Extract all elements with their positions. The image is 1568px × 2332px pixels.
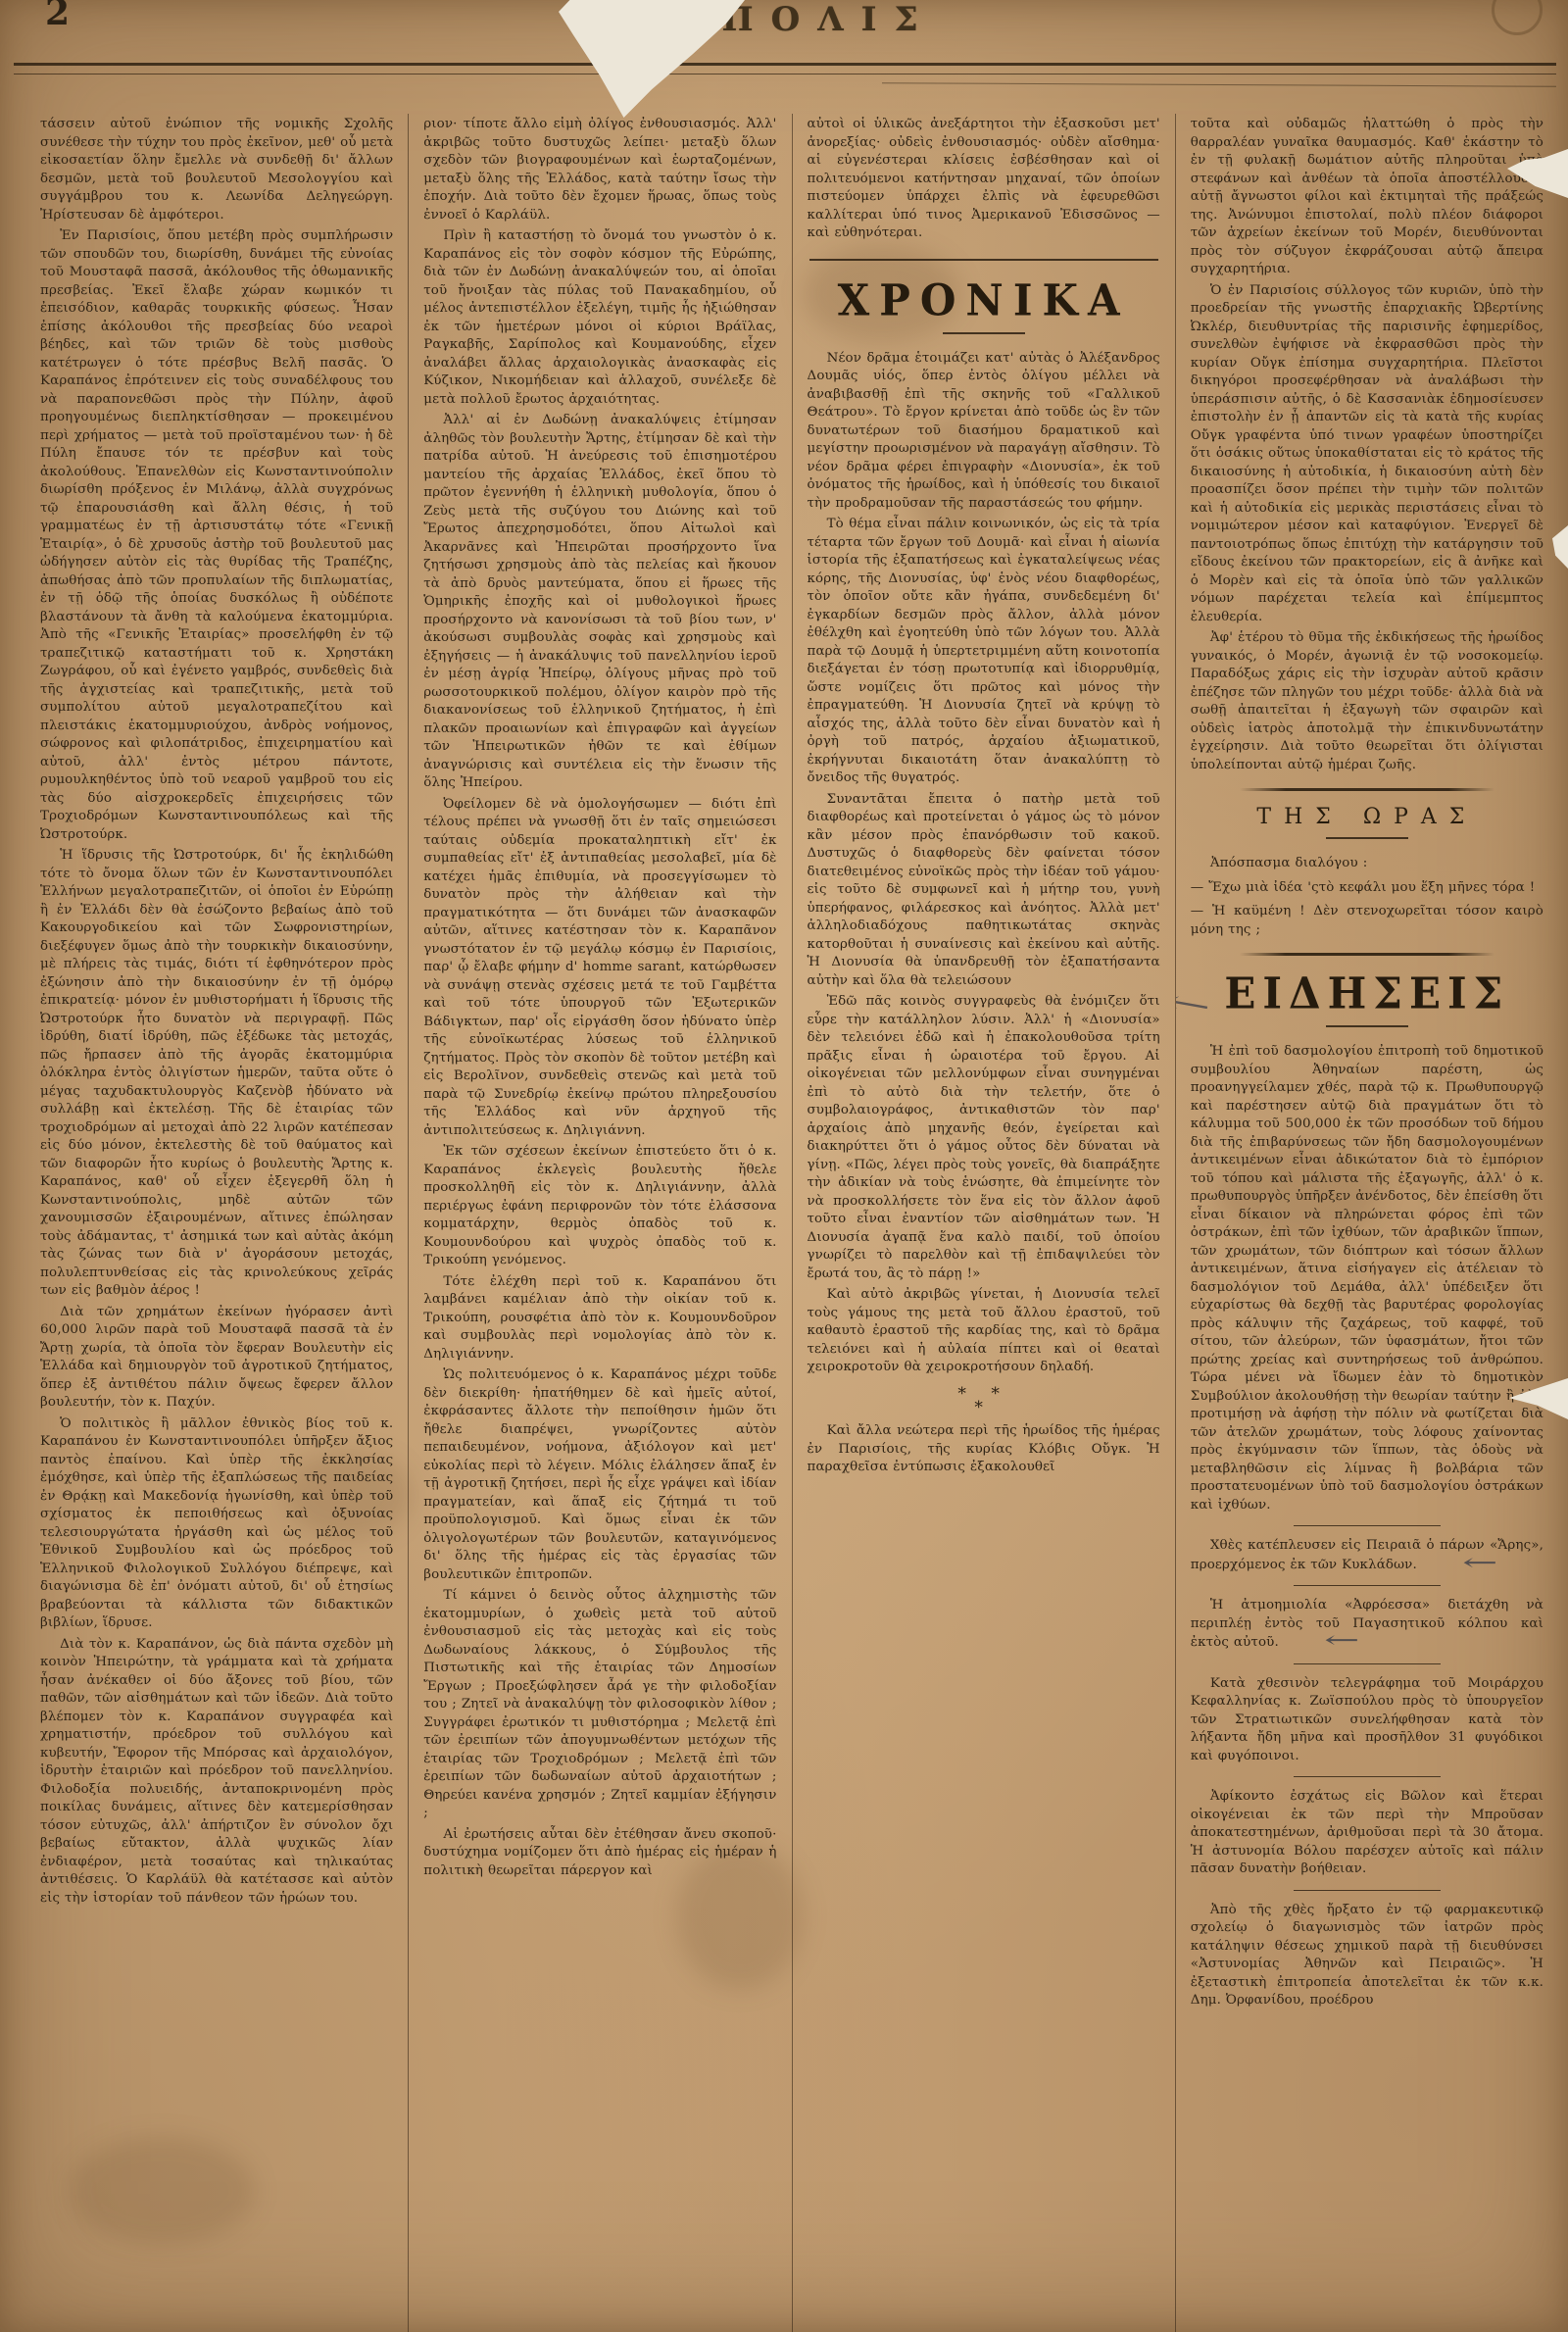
- paragraph: Καὶ ἄλλα νεώτερα περὶ τῆς ἡρωίδος τῆς ἡμ…: [808, 1422, 1160, 1477]
- paragraph: Ἡ ἵδρυσις τῆς Ὠστροτούρκ, δι' ἧς ἐκηλιδώ…: [40, 847, 393, 1301]
- paragraph: Τότε ἐλέχθη περὶ τοῦ κ. Καραπάνου ὅτι λα…: [423, 1273, 776, 1364]
- paragraph: Αἱ ἐρωτήσεις αὗται δὲν ἐτέθησαν ἄνευ σκο…: [423, 1826, 776, 1881]
- paragraph: Τί κάμνει ὁ δεινὸς οὗτος ἀλχημιστὴς τῶν …: [423, 1587, 776, 1823]
- item-divider: [1294, 1776, 1441, 1777]
- paragraph: Τὸ θέμα εἶναι πάλιν κοινωνικόν, ὡς εἰς τ…: [808, 516, 1160, 788]
- paragraph: Ὁ πολιτικὸς ἢ μᾶλλον ἐθνικὸς βίος τοῦ κ.…: [40, 1415, 393, 1633]
- section-divider: [1240, 953, 1494, 956]
- section-title-eidiseis: ΕΙΔΗΣΕΙΣ: [1224, 968, 1509, 1018]
- masthead-title: ΡΟΠΟΛΙΣ: [0, 0, 1568, 39]
- paragraph: ριον· τίποτε ἄλλο εἰμὴ ὀλίγος ἐνθουσιασμ…: [423, 116, 776, 224]
- news-header: ← ΕΙΔΗΣΕΙΣ: [1191, 969, 1543, 1017]
- masthead-rule-thin: [882, 82, 1556, 90]
- paragraph: αὐτοὶ οἱ ὑλικῶς ἀνεξάρτητοι τὴν ἐξασκοῦσ…: [808, 116, 1160, 243]
- paragraph: Διὰ τὸν κ. Καραπάνον, ὡς διὰ πάντα σχεδὸ…: [40, 1636, 393, 1909]
- news-item: Κατὰ χθεσινὸν τελεγράφημα τοῦ Μοιράρχου …: [1191, 1675, 1543, 1766]
- item-divider: [1294, 1585, 1441, 1586]
- paper-tear-top: [559, 0, 745, 118]
- column-1: τάσσειν αὐτοῦ ἐνώπιον τῆς νομικῆς Σχολῆς…: [25, 114, 408, 2332]
- paragraph: Ἐκ τῶν σχέσεων ἐκείνων ἐπιστεύετο ὅτι ὁ …: [423, 1143, 776, 1270]
- masthead-rule: [14, 63, 1556, 74]
- item-divider: [1294, 1663, 1441, 1664]
- item-divider: [1294, 1525, 1441, 1526]
- news-item: Ἡ ἐπὶ τοῦ δασμολογίου ἐπιτροπὴ τοῦ δημοτ…: [1191, 1043, 1543, 1514]
- section-divider: [1240, 788, 1494, 791]
- paragraph: Συναντᾶται ἔπειτα ὁ πατὴρ μετὰ τοῦ διαφθ…: [808, 791, 1160, 991]
- paragraph: Ἀφ' ἑτέρου τὸ θῦμα τῆς ἐκδικήσεως τῆς ἡρ…: [1191, 629, 1543, 774]
- dialogue-line: Ἀπόσπασμα διαλόγου :: [1191, 855, 1543, 873]
- pencil-arrow-icon: ←: [1427, 1558, 1498, 1567]
- column-3: αὐτοὶ οἱ ὑλικῶς ἀνεξάρτητοι τὴν ἐξασκοῦσ…: [792, 114, 1175, 2332]
- news-item-text: Ἡ ἀτμοημιολία «Ἀφρόεσσα» διετάχθη νὰ περ…: [1191, 1598, 1543, 1650]
- news-item: Ἡ ἀτμοημιολία «Ἀφρόεσσα» διετάχθη νὰ περ…: [1191, 1597, 1543, 1653]
- paragraph: Διὰ τῶν χρημάτων ἐκείνων ἠγόρασεν ἀντὶ 6…: [40, 1304, 393, 1413]
- pencil-arrow-icon: ←: [1289, 1635, 1360, 1645]
- title-underline: [1326, 837, 1408, 839]
- title-underline: [943, 332, 1025, 334]
- paragraph: Καὶ αὐτὸ ἀκριβῶς γίνεται, ἡ Διονυσία τελ…: [808, 1286, 1160, 1377]
- paragraph: Ὀφείλομεν δὲ νὰ ὁμολογήσωμεν — διότι ἐπὶ…: [423, 796, 776, 1141]
- paragraph: Ἀλλ' αἱ ἐν Δωδώνῃ ἀνακαλύψεις ἐτίμησαν ἀ…: [423, 412, 776, 793]
- news-item: Ἀπὸ τῆς χθὲς ἤρξατο ἐν τῷ φαρμακευτικῷ σ…: [1191, 1902, 1543, 2010]
- column-2: ριον· τίποτε ἄλλο εἰμὴ ὀλίγος ἐνθουσιασμ…: [408, 114, 791, 2332]
- dialogue-line: — Ἡ καϋμένη ! Δὲν στενοχωρεῖται τόσον κα…: [1191, 903, 1543, 939]
- paragraph: Νέον δρᾶμα ἑτοιμάζει κατ' αὐτὰς ὁ Ἀλέξαν…: [808, 350, 1160, 514]
- paragraph: Ἐν Παρισίοις, ὅπου μετέβη πρὸς συμπλήρωσ…: [40, 227, 393, 844]
- section-title-chronika: ΧΡΟΝΙΚΑ: [808, 274, 1160, 324]
- dialogue-block: Ἀπόσπασμα διαλόγου : — Ἔχω μιὰ ἰδέα 'ςτὸ…: [1191, 855, 1543, 939]
- dialogue-line: — Ἔχω μιὰ ἰδέα 'ςτὸ κεφάλι μου ἕξη μῆνες…: [1191, 879, 1543, 898]
- newspaper-page: 2 ΡΟΠΟΛΙΣ τάσσειν αὐτοῦ ἐνώπιον τῆς νομι…: [0, 0, 1568, 2332]
- section-title-tis-oras: ΤΗΣ ΩΡΑΣ: [1191, 805, 1543, 829]
- paragraph: Πρὶν ἢ καταστήσῃ τὸ ὄνομά του γνωστὸν ὁ …: [423, 227, 776, 409]
- article-columns: τάσσειν αὐτοῦ ἐνώπιον τῆς νομικῆς Σχολῆς…: [25, 114, 1558, 2332]
- paragraph: Ὁ ἐν Παρισίοις σύλλογος τῶν κυριῶν, ὑπὸ …: [1191, 282, 1543, 627]
- asterism-row: *: [808, 1401, 1160, 1414]
- news-item: Χθὲς κατέπλευσεν εἰς Πειραιᾶ ὁ πάρων «Ἄρ…: [1191, 1537, 1543, 1574]
- paragraph: τοῦτα καὶ οὐδαμῶς ἠλαττώθη ὁ πρὸς τὴν θα…: [1191, 116, 1543, 279]
- paragraph: Ἐδῶ πᾶς κοινὸς συγγραφεὺς θὰ ἐνόμιζεν ὅτ…: [808, 993, 1160, 1283]
- title-underline: [1326, 1025, 1408, 1027]
- asterism: * * *: [808, 1387, 1160, 1415]
- paragraph: Ὡς πολιτευόμενος ὁ κ. Καραπάνος μέχρι το…: [423, 1366, 776, 1584]
- pencil-arrow-icon: ←: [1175, 983, 1213, 1025]
- paragraph: τάσσειν αὐτοῦ ἐνώπιον τῆς νομικῆς Σχολῆς…: [40, 116, 393, 224]
- column-4: τοῦτα καὶ οὐδαμῶς ἠλαττώθη ὁ πρὸς τὴν θα…: [1175, 114, 1558, 2332]
- item-divider: [1294, 1890, 1441, 1891]
- section-divider: [809, 259, 1158, 261]
- news-item: Ἀφίκοντο ἐσχάτως εἰς Βῶλον καὶ ἕτεραι οἰ…: [1191, 1788, 1543, 1879]
